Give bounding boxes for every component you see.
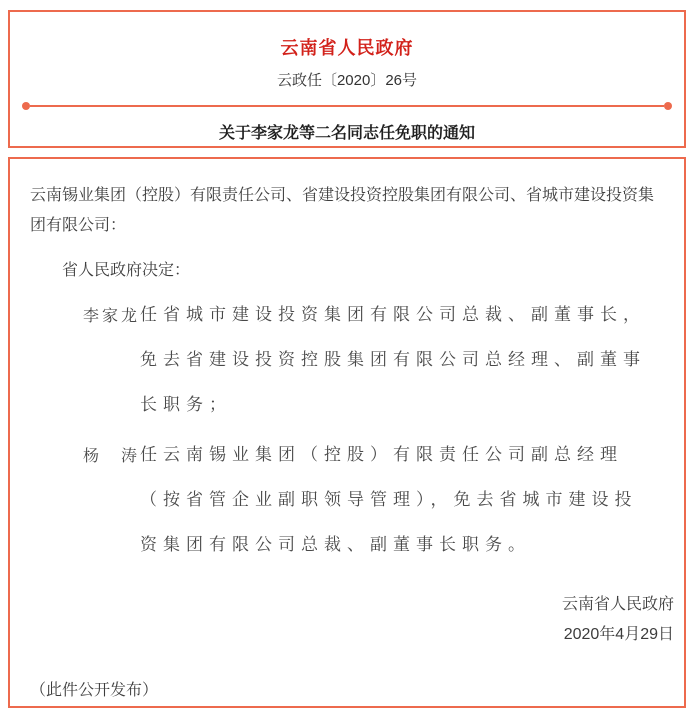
appointment-list: 李家龙 任省城市建设投资集团有限公司总裁、副董事长， 免去省建设投资控股集团有限…	[30, 293, 664, 568]
signature-date: 2020年4月29日	[30, 620, 674, 650]
divider-line	[30, 105, 664, 107]
org-title: 云南省人民政府	[10, 36, 684, 60]
appointment-entry: 李家龙 任省城市建设投资集团有限公司总裁、副董事长， 免去省建设投资控股集团有限…	[83, 293, 664, 428]
document-header-box: 云南省人民政府 云政任〔2020〕26号 关于李家龙等二名同志任免职的通知	[8, 10, 686, 148]
decision-intro: 省人民政府决定：	[62, 256, 664, 286]
document-body-box: 云南锡业集团（控股）有限责任公司、省建设投资控股集团有限公司、省城市建设投资集 …	[8, 157, 686, 708]
appointment-description: 任云南锡业集团（控股）有限责任公司副总经理 （按省管企业副职领导管理），免去省城…	[140, 433, 638, 568]
description-line: 长职务；	[140, 383, 646, 428]
description-line: 资集团有限公司总裁、副董事长职务。	[140, 523, 638, 568]
signature-org: 云南省人民政府	[30, 590, 674, 620]
addressee-line: 云南锡业集团（控股）有限责任公司、省建设投资控股集团有限公司、省城市建设投资集	[30, 181, 664, 211]
description-line: （按省管企业副职领导管理），免去省城市建设投	[140, 478, 638, 523]
notice-title: 关于李家龙等二名同志任免职的通知	[10, 122, 684, 146]
description-line: 免去省建设投资控股集团有限公司总经理、副董事	[140, 338, 646, 383]
signature-block: 云南省人民政府 2020年4月29日	[30, 590, 674, 650]
divider-dot-left	[22, 102, 30, 110]
doc-number: 云政任〔2020〕26号	[10, 70, 684, 92]
divider-dot-right	[664, 102, 672, 110]
addressee-paragraph: 云南锡业集团（控股）有限责任公司、省建设投资控股集团有限公司、省城市建设投资集 …	[30, 181, 664, 241]
public-release-note: （此件公开发布）	[30, 676, 664, 706]
appointment-description: 任省城市建设投资集团有限公司总裁、副董事长， 免去省建设投资控股集团有限公司总经…	[140, 293, 646, 428]
appointee-name: 李家龙	[83, 293, 140, 428]
description-line: 任省城市建设投资集团有限公司总裁、副董事长，	[140, 293, 646, 338]
appointment-entry: 杨 涛 任云南锡业集团（控股）有限责任公司副总经理 （按省管企业副职领导管理），…	[83, 433, 664, 568]
header-divider	[22, 102, 672, 110]
description-line: 任云南锡业集团（控股）有限责任公司副总经理	[140, 433, 638, 478]
appointee-name: 杨 涛	[83, 433, 140, 568]
addressee-line: 团有限公司：	[30, 211, 664, 241]
